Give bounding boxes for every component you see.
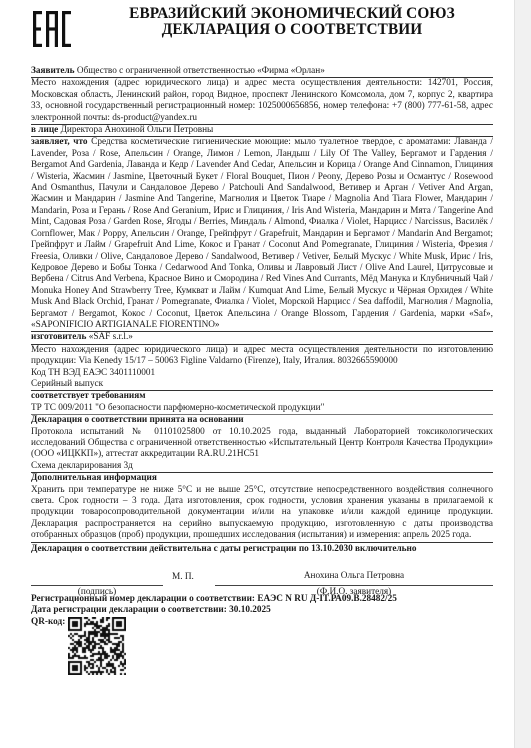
- registration-number-line: Регистрационный номер декларации о соотв…: [31, 594, 501, 605]
- manufacturer-address: Место нахождения (адрес юридического лиц…: [31, 345, 493, 368]
- eac-logo-icon: [33, 11, 71, 47]
- represented-by: Директора Анохиной Ольги Петровны: [61, 125, 214, 135]
- declaration-document: ЕВРАЗИЙСКИЙ ЭКОНОМИЧЕСКИЙ СОЮЗ ДЕКЛАРАЦИ…: [31, 0, 493, 609]
- additional-info-label: Дополнительная информация: [31, 473, 493, 484]
- stamp-place-label: М. П.: [172, 572, 194, 583]
- title-union: ЕВРАЗИЙСКИЙ ЭКОНОМИЧЕСКИЙ СОЮЗ: [91, 6, 493, 22]
- registration-block: Регистрационный номер декларации о соотв…: [31, 594, 501, 675]
- applicant-name: Общество с ограниченной ответственностью…: [77, 66, 325, 76]
- signatory-name: Анохина Ольга Петровна: [215, 571, 493, 582]
- title-declaration: ДЕКЛАРАЦИЯ О СООТВЕТСТВИИ: [91, 22, 493, 38]
- registration-date: 30.10.2025: [229, 605, 271, 615]
- basis-text: Протокола испытаний № 01101025800 от 10.…: [31, 427, 493, 461]
- registration-number: ЕАЭС N RU Д-IT.РА09.В.28482/25: [257, 594, 397, 604]
- declares-row: заявляет, что Средства косметические гиг…: [31, 137, 493, 332]
- manufacturer-label: изготовитель: [31, 332, 86, 342]
- registration-date-label: Дата регистрации декларации о соответств…: [31, 605, 227, 615]
- represented-row: в лице Директора Анохиной Ольги Петровны: [31, 125, 493, 137]
- applicant-address: Место нахождения (адрес юридического лиц…: [31, 78, 493, 122]
- tn-ved-code: Код ТН ВЭД ЕАЭС 3401110001: [31, 368, 493, 379]
- applicant-row: Заявитель Общество с ограниченной ответс…: [31, 66, 493, 78]
- signature-line: [31, 585, 163, 586]
- product-description: Средства косметические гигиенические мою…: [31, 137, 493, 330]
- registration-date-line: Дата регистрации декларации о соответств…: [31, 605, 501, 616]
- name-line: [215, 585, 493, 586]
- requirements-text: ТР ТС 009/2011 "О безопасности парфюмерн…: [31, 403, 493, 414]
- requirements-label: соответствует требованиям: [31, 391, 493, 402]
- registration-number-label: Регистрационный номер декларации о соотв…: [31, 594, 255, 604]
- additional-info-row: Дополнительная информация Хранить при те…: [31, 473, 493, 542]
- basis-row: Декларация о соответствии принята на осн…: [31, 415, 493, 473]
- declares-label: заявляет, что: [31, 137, 88, 147]
- manufacturer-name: «SAF s.r.l.»: [89, 332, 133, 342]
- additional-info-text: Хранить при температуре не ниже 5°С и не…: [31, 485, 493, 542]
- release-type: Серийный выпуск: [31, 379, 493, 390]
- document-body: Заявитель Общество с ограниченной ответс…: [31, 66, 493, 609]
- document-header: ЕВРАЗИЙСКИЙ ЭКОНОМИЧЕСКИЙ СОЮЗ ДЕКЛАРАЦИ…: [31, 0, 493, 66]
- applicant-label: Заявитель: [31, 66, 75, 76]
- basis-label: Декларация о соответствии принята на осн…: [31, 415, 493, 426]
- scrollbar-track[interactable]: [514, 0, 531, 748]
- qr-row: QR-код:: [31, 617, 501, 675]
- validity-statement: Декларация о соответствии действительна …: [31, 543, 493, 555]
- manufacturer-row: изготовитель «SAF s.r.l.»: [31, 332, 493, 344]
- requirements-row: соответствует требованиям ТР ТС 009/2011…: [31, 391, 493, 415]
- applicant-address-row: Место нахождения (адрес юридического лиц…: [31, 78, 493, 125]
- manufacturer-details-row: Место нахождения (адрес юридического лиц…: [31, 345, 493, 392]
- qr-code-icon[interactable]: [68, 617, 126, 675]
- document-title: ЕВРАЗИЙСКИЙ ЭКОНОМИЧЕСКИЙ СОЮЗ ДЕКЛАРАЦИ…: [91, 6, 493, 38]
- represented-label: в лице: [31, 125, 58, 135]
- declaration-scheme: Схема декларирования 3д: [31, 461, 493, 472]
- qr-label: QR-код:: [31, 617, 68, 628]
